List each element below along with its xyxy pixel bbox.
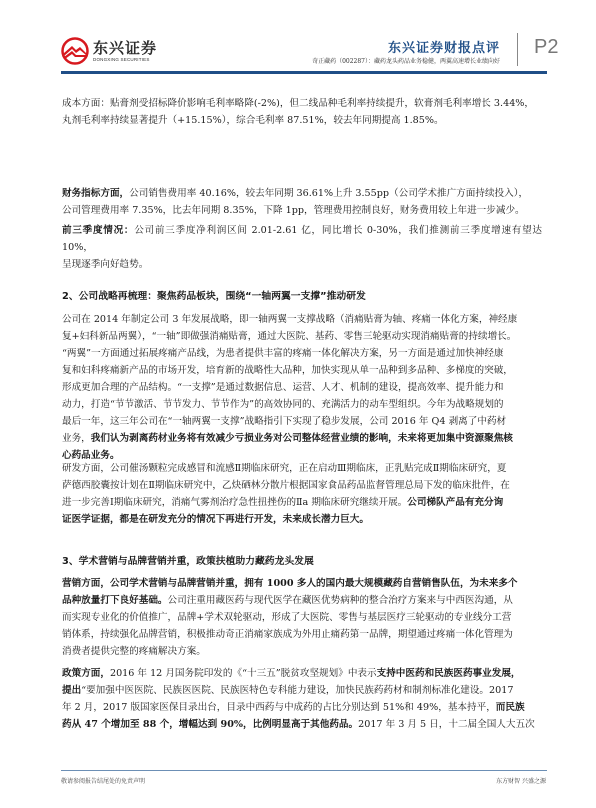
cost-paragraph: 成本方面：贴膏剂受招标降价影响毛利率略降(-2%)，但二线品种毛利率持续提升，软… [62,95,542,129]
policy-line-bold: 支持中医药和民族医药事业发展， [377,668,521,679]
section-3-heading: 3、学术营销与品牌营销并重，政策扶植助力藏药龙头发展 [62,553,542,570]
cost-line-2: 丸剂毛利率持续显著提升（+15.15%），综合毛利率 87.51%，较去年同期提… [62,112,542,129]
strategy-line: 形成更加合理的产品结构。“一支撑”是通过数据信息、运营、人才、机制的建设，提高效… [62,379,542,396]
policy-line-plain: 2016 年 12 月国务院印发的《“十三五”脱贫攻坚规划》中表示 [110,668,377,679]
strategy-paragraph: 公司在 2014 年制定公司 3 年发展战略，即一轴两翼一支撑战略（消痛贴膏为轴… [62,311,542,464]
logo-english-name: DONGXING SECURITIES [93,57,157,63]
footer-slogan: 东方财智 兴盛之源 [496,776,546,785]
header-divider [517,33,518,66]
q3-lead: 前三季度情况： [62,225,134,236]
marketing-line: 而实现专业化的价值推广，品牌+学术双轮驱动，形成了大医院、零售与基层医疗三轮驱动… [62,609,542,626]
q3-line-2: 呈现逐季向好趋势。 [62,256,542,273]
marketing-line: 销体系，持续强化品牌营销，积极推动奇正消痛家族成为外用止痛药第一品牌，期望通过疼… [62,626,542,643]
marketing-paragraph: 营销方面，公司学术营销与品牌营销并重，拥有 1000 多人的国内最大规模藏药自营… [62,575,542,660]
rd-line: 萨德西胶囊按计划在Ⅱ期临床研究中，乙炔硒林分散片根据国家食品药品监督管理总局下发… [62,477,542,494]
finance-line-2: 公司管理费用率 7.35%，比去年同期 8.35%，下降 1pp，管理费用控制良… [62,202,542,219]
report-subtitle: 奇正藏药（002287）：藏药龙头药品业务稳健，两翼高速增长业绩向好 [312,56,500,65]
report-type-title: 东兴证券财报点评 [388,37,500,56]
finance-line-1: 公司销售费用率 40.16%，较去年同期 36.61%上升 3.55pp（公司学… [129,188,528,199]
footer-rule [61,770,547,771]
rd-line-bold: 公司梯队产品有充分询 [407,497,503,508]
cost-line-1: 成本方面：贴膏剂受招标降价影响毛利率略降(-2%)，但二线品种毛利率持续提升，软… [62,95,542,112]
policy-line-bold: 提出 [62,685,81,696]
policy-line-bold: 药从 47 个增加至 88 个，增幅达到 90%，比例明显高于其他药品。 [62,719,358,730]
marketing-line: 消费者提供完整的疼痛解决方案。 [62,643,542,660]
policy-lead: 政策方面， [62,668,110,679]
rd-line-plain: 进一步完善Ⅰ期临床研究，消痛气雾剂治疗急性扭挫伤的Ⅱa 期临床研究继续开展。 [62,497,407,508]
finance-paragraph: 财务指标方面，公司销售费用率 40.16%，较去年同期 36.61%上升 3.5… [62,185,542,219]
strategy-line: 复和妇科疼痛新产品的市场开发，培育新的战略性大品种，加快实现从单一品种到多品种、… [62,362,542,379]
dongxing-logo-icon [61,37,89,65]
policy-line-plain: “要加强中医医院、民族医医院、民族医特色专科能力建设，加快民族药药材和制剂标准化… [81,685,513,696]
strategy-line: “两翼”一方面通过拓展疼痛产品线，为患者提供丰富的疼痛一体化解决方案，另一方面是… [62,345,542,362]
rd-paragraph: 研发方面，公司催汤颗粒完成感冒和流感Ⅱ期临床研究，正在启动Ⅲ期临床，正乳贴完成Ⅱ… [62,460,542,528]
policy-line-plain: 年 2 月，2017 版国家医保目录出台，目录中西药与中成药的占比分别达到 51… [62,702,496,713]
policy-line-plain: 2017 年 3 月 5 日，十二届全国人大五次 [358,719,535,730]
policy-paragraph: 政策方面，2016 年 12 月国务院印发的《“十三五”脱贫攻坚规划》中表示支持… [62,665,542,733]
rd-line: 研发方面，公司催汤颗粒完成感冒和流感Ⅱ期临床研究，正在启动Ⅲ期临床，正乳贴完成Ⅱ… [62,460,542,477]
finance-lead: 财务指标方面， [62,188,129,199]
policy-line-bold: 而民族 [496,702,525,713]
q3-line-1: 公司前三季度净利润区间 2.01-2.61 亿，同比增长 0-30%，我们推测前… [62,225,542,253]
strategy-line: 复+妇科新品两翼），“一轴”即做强消痛贴膏，通过大医院、基药、零售三轮驱动实现消… [62,328,542,345]
strategy-line-bold: 我们认为剥离药材业务将有效减少亏损业务对公司整体经营业绩的影响，未来将更加集中资… [91,433,513,444]
marketing-line-bold: 营销方面，公司学术营销与品牌营销并重，拥有 1000 多人的国内最大规模藏药自营… [62,575,542,592]
header-rule [61,71,547,74]
page-header: 东兴证券 DONGXING SECURITIES 东兴证券财报点评 奇正藏药（0… [0,0,596,80]
strategy-line: 公司在 2014 年制定公司 3 年发展战略，即一轴两翼一支撑战略（消痛贴膏为轴… [62,311,542,328]
section-2-title: 2、公司战略再梳理：聚焦药品板块，围绕“一轴两翼一支撑”推动研发 [62,288,542,305]
strategy-line-plain: 业务， [62,433,91,444]
company-logo: 东兴证券 DONGXING SECURITIES [61,37,157,65]
logo-chinese-name: 东兴证券 [93,40,157,57]
section-3-title: 3、学术营销与品牌营销并重，政策扶植助力藏药龙头发展 [62,553,542,570]
strategy-line: 动力，打造“节节激活、节节发力、节节作为”的高效协同的、充满活力的动车型组织。今… [62,396,542,413]
section-2-heading: 2、公司战略再梳理：聚焦药品板块，围绕“一轴两翼一支撑”推动研发 [62,288,542,305]
page-number: P2 [534,36,558,59]
rd-line-bold: 证医学证据，都是在研发充分的情况下再进行开发，未来成长潜力巨大。 [62,511,542,528]
q3-paragraph: 前三季度情况：公司前三季度净利润区间 2.01-2.61 亿，同比增长 0-30… [62,222,542,273]
marketing-line-bold: 品种放量打下良好基础。 [62,595,168,606]
strategy-line: 最后一年，这三年公司在“一轴两翼一支撑”战略指引下实现了稳步发展，公司 2016… [62,413,542,430]
footer-disclaimer: 敬请参阅报告结尾处的免责声明 [61,776,145,785]
marketing-line-plain: 公司注重用藏医药与现代医学在藏医优势病种的整合治疗方案来与中西医沟通，从 [168,595,513,606]
